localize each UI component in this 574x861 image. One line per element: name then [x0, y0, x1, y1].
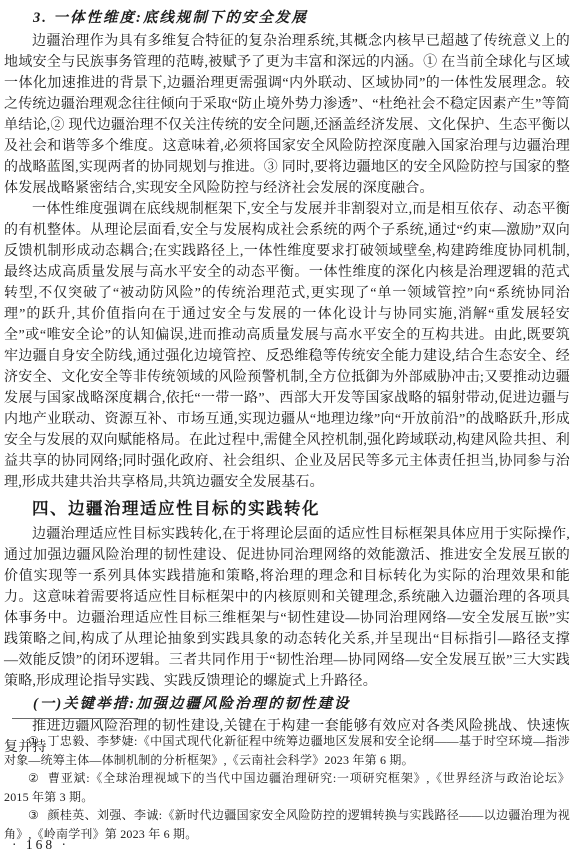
paragraph-1: 边疆治理作为具有多维复合特征的复杂治理系统,其概念内核早已超越了传统意义上的地域… — [4, 31, 570, 199]
footnote-1-text: 丁忠毅、李梦婕:《中国式现代化新征程中统筹边疆地区发展和安全论纲——基于时空环境… — [4, 734, 570, 767]
footnote-separator-rule — [12, 718, 138, 719]
footnote-1: ①丁忠毅、李梦婕:《中国式现代化新征程中统筹边疆地区发展和安全论纲——基于时空环… — [4, 732, 570, 769]
document-page: 3. 一体性维度:底线规制下的安全发展 边疆治理作为具有多维复合特征的复杂治理系… — [0, 0, 574, 861]
footnote-3-marker: ③ — [28, 808, 39, 822]
section-heading: 四、边疆治理适应性目标的实践转化 — [4, 497, 570, 521]
footnote-3: ③颜桂英、刘强、李诚:《新时代边疆国家安全风险防控的逻辑转换与实践路径——以边疆… — [4, 806, 570, 843]
subsection-heading: (一)关键举措:加强边疆风险治理的韧性建设 — [4, 693, 570, 715]
footnote-2: ②曹亚斌:《全球治理视域下的当代中国边疆治理研究:一项研究框架》,《世界经济与政… — [4, 769, 570, 806]
numbered-subsection-heading: 3. 一体性维度:底线规制下的安全发展 — [4, 8, 570, 29]
footnote-1-marker: ① — [28, 734, 39, 748]
page-number: · 168 · — [12, 837, 69, 853]
footnote-2-marker: ② — [28, 771, 40, 785]
footnote-3-text: 颜桂英、刘强、李诚:《新时代边疆国家安全风险防控的逻辑转换与实践路径——以边疆治… — [4, 808, 570, 841]
footnote-area: ①丁忠毅、李梦婕:《中国式现代化新征程中统筹边疆地区发展和安全论纲——基于时空环… — [4, 718, 570, 843]
footnote-2-text: 曹亚斌:《全球治理视域下的当代中国边疆治理研究:一项研究框架》,《世界经济与政治… — [4, 771, 570, 804]
paragraph-2: 一体性维度强调在底线规制框架下,安全与发展并非割裂对立,而是相互依存、动态平衡的… — [4, 199, 570, 493]
paragraph-3: 边疆治理适应性目标实践转化,在于将理论层面的适应性目标框架具体应用于实际操作,通… — [4, 524, 570, 692]
